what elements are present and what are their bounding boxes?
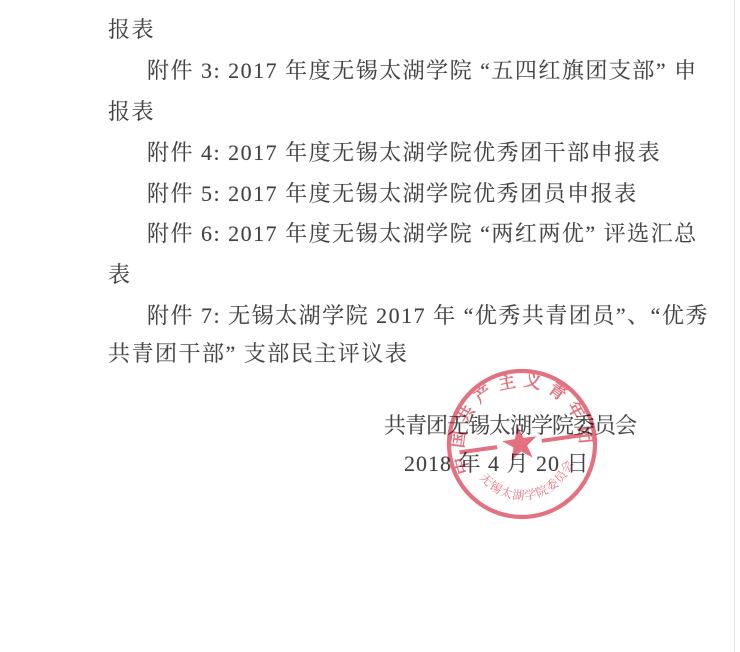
text-line-wrap: 共青团干部” 支部民主评议表 [108, 342, 408, 366]
text-line-wrap: 表 [108, 263, 132, 287]
text-line-wrap: 报表 [108, 18, 155, 42]
text-line-attachment-6: 附件 6: 2017 年度无锡太湖学院 “两红两优” 评选汇总 [147, 222, 698, 246]
red-star-icon [500, 423, 539, 461]
scanned-document-page: 报表 附件 3: 2017 年度无锡太湖学院 “五四红旗团支部” 申 报表 附件… [0, 0, 740, 652]
text-line-attachment-4: 附件 4: 2017 年度无锡太湖学院优秀团干部申报表 [147, 141, 661, 165]
text-line-attachment-7: 附件 7: 无锡太湖学院 2017 年 “优秀共青团员”、“优秀 [147, 304, 709, 328]
official-seal: 中国共产主义青年团 无锡太湖学院委员会 [432, 354, 613, 535]
text-line-attachment-3: 附件 3: 2017 年度无锡太湖学院 “五四红旗团支部” 申 [147, 59, 698, 83]
text-line-attachment-5: 附件 5: 2017 年度无锡太湖学院优秀团员申报表 [147, 182, 638, 206]
text-line-wrap: 报表 [108, 100, 155, 124]
seal-top-arc-text: 中国共产主义青年团 [437, 361, 597, 477]
scan-edge-line [734, 0, 735, 652]
